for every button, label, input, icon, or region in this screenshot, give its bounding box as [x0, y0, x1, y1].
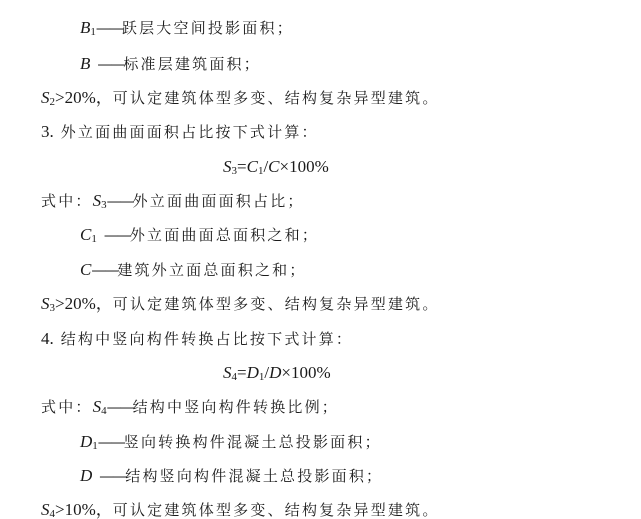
- variable: C: [80, 260, 91, 279]
- definition-text: 标准层建筑面积；: [123, 55, 261, 73]
- variable: B: [80, 54, 90, 73]
- definition-d1: D1——竖向转换构件混凝土总投影面积；: [80, 433, 382, 455]
- condition-text: 可认定建筑体型多变、结构复杂异型建筑。: [113, 501, 440, 519]
- condition-value: >20%，: [55, 294, 113, 313]
- dash: ——: [104, 226, 130, 244]
- variable: D: [80, 466, 92, 485]
- section-heading-text: 外立面曲面面积占比按下式计算：: [61, 123, 319, 141]
- definition-d: D ——结构竖向构件混凝土总投影面积；: [80, 467, 383, 485]
- definition-text: 结构中竖向构件转换比例；: [133, 398, 339, 416]
- condition-text: 可认定建筑体型多变、结构复杂异型建筑。: [113, 89, 440, 107]
- variable: C: [80, 225, 91, 244]
- condition-s2: S2>20%，可认定建筑体型多变、结构复杂异型建筑。: [41, 89, 440, 111]
- definition-text: 跃层大空间投影面积；: [122, 19, 294, 37]
- section-heading-text: 结构中竖向构件转换占比按下式计算：: [61, 330, 353, 348]
- formula-tail: ×100%: [281, 363, 330, 382]
- variable: B: [80, 18, 90, 37]
- dash: ——: [99, 467, 125, 485]
- dash: ——: [107, 192, 133, 210]
- section-heading-3: 3. 外立面曲面面积占比按下式计算：: [41, 123, 319, 141]
- dash: ——: [98, 433, 124, 451]
- dash: ——: [97, 55, 123, 73]
- definition-b1: B1——跃层大空间投影面积；: [80, 19, 294, 41]
- formula-s3: S3=C1/C×100%: [223, 158, 329, 180]
- condition-s3: S3>20%，可认定建筑体型多变、结构复杂异型建筑。: [41, 295, 440, 317]
- definition-s4: 式中：S4——结构中竖向构件转换比例；: [41, 398, 339, 420]
- variable: D: [247, 363, 259, 382]
- condition-s4: S4>10%，可认定建筑体型多变、结构复杂异型建筑。: [41, 501, 440, 519]
- variable: D: [269, 363, 281, 382]
- condition-value: >10%，: [55, 500, 113, 519]
- variable: S: [93, 397, 102, 416]
- definition-c1: C1 ——外立面曲面总面积之和；: [80, 226, 319, 248]
- definition-text: 外立面曲面总面积之和；: [130, 226, 319, 244]
- definition-s3: 式中：S3——外立面曲面面积占比；: [41, 192, 305, 214]
- equals: =: [237, 363, 247, 382]
- variable: S: [41, 294, 50, 313]
- definition-b: B ——标准层建筑面积；: [80, 55, 261, 73]
- dash: ——: [91, 261, 117, 279]
- variable: C: [247, 157, 258, 176]
- definition-text: 外立面曲面面积占比；: [133, 192, 305, 210]
- condition-value: >20%，: [55, 88, 113, 107]
- definition-text: 建筑外立面总面积之和；: [117, 261, 306, 279]
- where-prefix: 式中：: [41, 398, 93, 416]
- variable: S: [93, 191, 102, 210]
- variable: S: [223, 157, 232, 176]
- formula-s4: S4=D1/D×100%: [223, 364, 331, 386]
- dash: ——: [96, 19, 122, 37]
- where-prefix: 式中：: [41, 192, 93, 210]
- variable: D: [80, 432, 92, 451]
- subscript: 1: [91, 233, 97, 245]
- dash: ——: [107, 398, 133, 416]
- variable: S: [223, 363, 232, 382]
- definition-text: 结构竖向构件混凝土总投影面积；: [125, 467, 383, 485]
- definition-c: C——建筑外立面总面积之和；: [80, 261, 307, 279]
- equals: =: [237, 157, 247, 176]
- formula-tail: ×100%: [280, 157, 329, 176]
- section-heading-4: 4. 结构中竖向构件转换占比按下式计算：: [41, 330, 353, 348]
- variable: C: [268, 157, 279, 176]
- variable: S: [41, 88, 50, 107]
- definition-text: 竖向转换构件混凝土总投影面积；: [124, 433, 382, 451]
- section-number: 3.: [41, 122, 54, 141]
- variable: S: [41, 500, 50, 519]
- condition-text: 可认定建筑体型多变、结构复杂异型建筑。: [113, 295, 440, 313]
- section-number: 4.: [41, 329, 54, 348]
